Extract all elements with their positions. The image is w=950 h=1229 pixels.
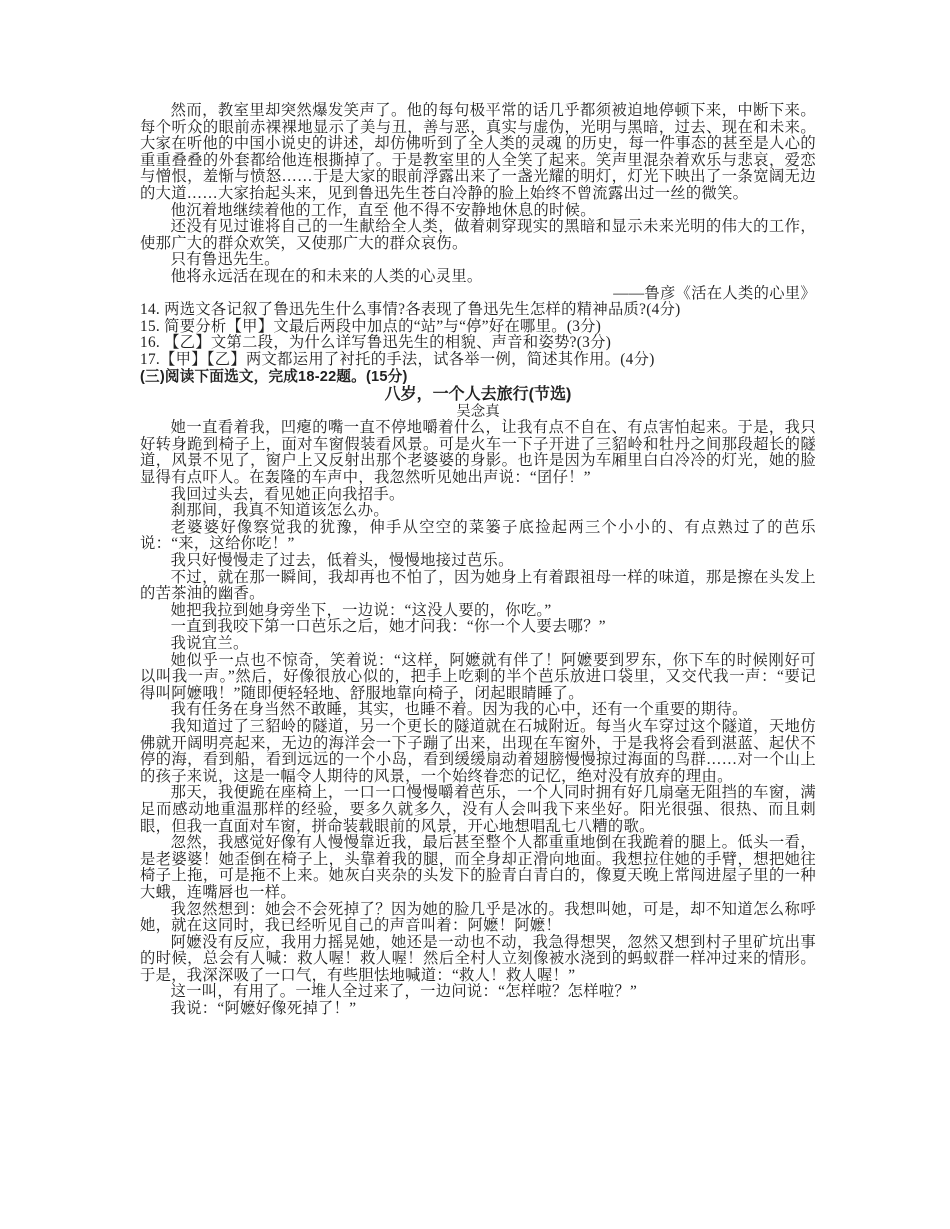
text-column: 然而，教室里却突然爆发笑声了。他的每句极平常的话几乎都须被迫地停顿下来，中断下来… [140, 103, 816, 1018]
selection-author: 吴念真 [140, 404, 816, 420]
passage-attribution: ——鲁彦《活在人类的心里》 [140, 286, 816, 303]
selection-paragraph-16: 阿嬷没有反应，我用力摇晃她，她还是一动也不动，我急得想哭，忽然又想到村子里矿坑出… [140, 935, 816, 985]
selection-paragraph-8: 一直到我咬下第一口芭乐之后，她才问我：“你一个人要去哪？” [140, 619, 816, 636]
selection-paragraph-13: 那天，我便跪在座椅上，一口一口慢慢嚼着芭乐，一个人同时拥有好几扇毫无阻挡的车窗，… [140, 785, 816, 835]
selection-paragraph-9: 我说宜兰。 [140, 636, 816, 653]
passage-yi-paragraph-2: 他沉着地继续着他的工作，直至 他不得不安静地休息的时候。 [140, 203, 816, 220]
selection-paragraph-2: 我回过头去，看见她正向我招手。 [140, 487, 816, 504]
selection-paragraph-15: 我忽然想到：她会不会死掉了？因为她的脸几乎是冰的。我想叫她，可是，却不知道怎么称… [140, 902, 816, 935]
passage-yi-paragraph-4: 只有鲁迅先生。 [140, 252, 816, 269]
question-17: 17.【甲】【乙】两文都运用了衬托的手法，试各举一例，简述其作用。(4分) [140, 352, 816, 369]
question-14: 14. 两选文各记叙了鲁迅先生什么事情?各表现了鲁迅先生怎样的精神品质?(4分) [140, 302, 816, 319]
question-15: 15. 简要分析【甲】文最后两段中加点的“站”与“停”好在哪里。(3分) [140, 319, 816, 336]
question-16: 16. 【乙】文第二段，为什么详写鲁迅先生的相貌、声音和姿势?(3分) [140, 335, 816, 352]
selection-paragraph-7: 她把我拉到她身旁坐下，一边说：“这没人要的，你吃。” [140, 603, 816, 620]
selection-paragraph-17: 这一叫，有用了。一堆人全过来了，一边问说：“怎样啦？怎样啦？” [140, 984, 816, 1001]
selection-paragraph-4: 老婆婆好像察觉我的犹豫，伸手从空空的菜篓子底捡起两三个小小的、有点熟过了的芭乐说… [140, 520, 816, 553]
exam-page: 然而，教室里却突然爆发笑声了。他的每句极平常的话几乎都须被迫地停顿下来，中断下来… [0, 0, 950, 1229]
selection-paragraph-5: 我只好慢慢走了过去，低着头，慢慢地接过芭乐。 [140, 553, 816, 570]
passage-yi-paragraph-5: 他将永远活在现在的和未来的人类的心灵里。 [140, 269, 816, 286]
selection-paragraph-18: 我说：“阿嬷好像死掉了！” [140, 1001, 816, 1018]
selection-paragraph-10: 她似乎一点也不惊奇，笑着说：“这样，阿嬷就有伴了！阿嬷要到罗东，你下车的时候刚好… [140, 653, 816, 703]
selection-paragraph-11: 我有任务在身当然不敢睡，其实，也睡不着。因为我的心中，还有一个重要的期待。 [140, 702, 816, 719]
selection-paragraph-3: 刹那间，我真不知道该怎么办。 [140, 503, 816, 520]
selection-paragraph-6: 不过，就在那一瞬间，我却再也不怕了，因为她身上有着跟祖母一样的味道，那是擦在头发… [140, 570, 816, 603]
selection-title: 八岁，一个人去旅行(节选) [140, 385, 816, 404]
passage-yi-paragraph-3: 还没有见过谁将自己的一生献给全人类，做着刺穿现实的黑暗和显示未来光明的伟大的工作… [140, 219, 816, 252]
passage-yi-paragraph-1: 然而，教室里却突然爆发笑声了。他的每句极平常的话几乎都须被迫地停顿下来，中断下来… [140, 103, 816, 203]
section-three-header: (三)阅读下面选文，完成18-22题。(15分) [140, 369, 816, 386]
selection-paragraph-14: 忽然，我感觉好像有人慢慢靠近我，最后甚至整个人都重重地倒在我跪着的腿上。低头一看… [140, 835, 816, 901]
selection-paragraph-1: 她一直看着我，凹瘪的嘴一直不停地嚼着什么，让我有点不自在、有点害怕起来。于是，我… [140, 420, 816, 486]
selection-paragraph-12: 我知道过了三貂岭的隧道，另一个更长的隧道就在石城附近。每当火车穿过这个隧道，天地… [140, 719, 816, 785]
